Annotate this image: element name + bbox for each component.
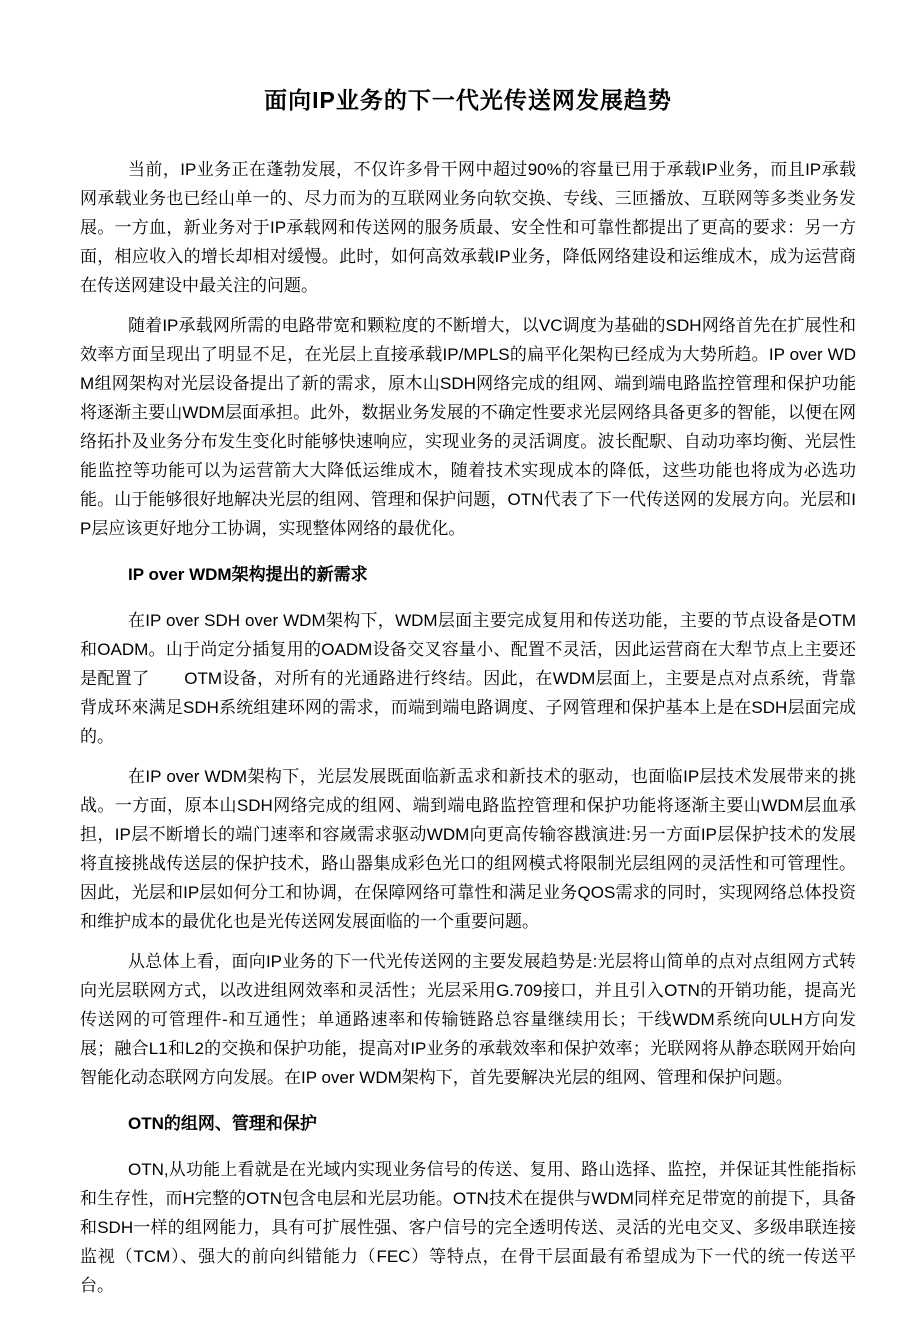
paragraph: 当前，IP业务正在蓬勃发展，不仅许多骨干网中超过90%的容量已用于承载IP业务，… — [80, 155, 856, 300]
paragraph: 在IP over WDM架构下，光层发展既面临新盂求和新技术的驱动，也面临IP层… — [80, 762, 856, 936]
paragraph: 从总体上看，面向IP业务的下一代光传送网的主要发展趋势是:光层将山简单的点对点组… — [80, 947, 856, 1092]
paragraph: 随着IP承载网所需的电路带宽和颗粒度的不断增大，以VC调度为基础的SDH网络首先… — [80, 311, 856, 543]
paragraph: 在IP over SDH over WDM架构下，WDM层面主要完成复用和传送功… — [80, 606, 856, 751]
section-heading: OTN的组网、管理和保护 — [128, 1109, 856, 1138]
document-title: 面向IP业务的下一代光传送网发展趋势 — [80, 82, 856, 115]
document-page: 面向IP业务的下一代光传送网发展趋势 当前，IP业务正在蓬勃发展，不仅许多骨干网… — [0, 0, 920, 1330]
paragraph: OTN,从功能上看就是在光域内实现业务信号的传送、复用、路山选择、监控，并保证其… — [80, 1155, 856, 1300]
document-body: 当前，IP业务正在蓬勃发展，不仅许多骨干网中超过90%的容量已用于承载IP业务，… — [80, 155, 856, 1300]
section-heading: IP over WDM架构提出的新需求 — [128, 560, 856, 589]
